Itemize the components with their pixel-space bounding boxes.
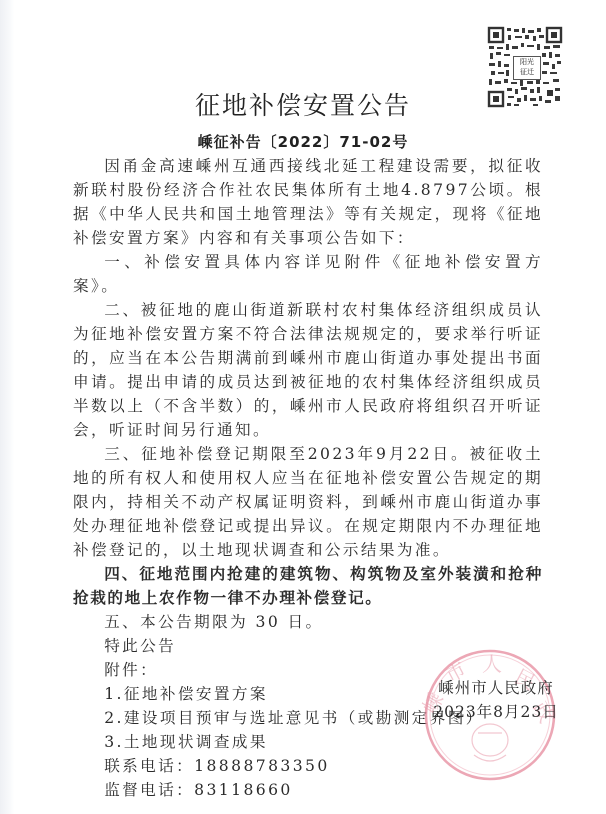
item-4-paragraph: 四、征地范围内抢建的建筑物、构筑物及室外装潢和抢种抢栽的地上农作物一律不办理补偿… [73, 562, 543, 610]
item-3-paragraph: 三、征地补偿登记期限至2023年9月22日。被征收土地的所有权人和使用权人应当在… [73, 442, 543, 562]
issue-date: 2023年8月23日 [426, 700, 566, 724]
document-title: 征地补偿安置公告 [0, 86, 606, 122]
item-1-paragraph: 一、补偿安置具体内容详见附件《征地补偿安置方案》。 [73, 250, 543, 298]
page-edge-shadow [0, 0, 14, 814]
item-2-paragraph: 二、被征地的鹿山街道新联村农村集体经济组织成员认为征地补偿安置方案不符合法律法规… [73, 298, 543, 442]
issuer-name: 嵊州市人民政府 [426, 676, 566, 700]
signature-block: 嵊州市人民政府 2023年8月23日 [426, 676, 566, 724]
item-5-paragraph: 五、本公告期限为 30 日。 [73, 610, 543, 634]
svg-text:人: 人 [482, 652, 502, 676]
qr-center-label: 阳光 征迁 [513, 56, 541, 80]
intro-paragraph: 因甬金高速嵊州互通西接线北延工程建设需要，拟征收新联村股份经济合作社农民集体所有… [73, 154, 543, 250]
qr-label-line2: 征迁 [514, 67, 540, 77]
qr-label-line1: 阳光 [514, 57, 540, 67]
document-number: 嵊征补告〔2022〕71-02号 [0, 131, 606, 152]
